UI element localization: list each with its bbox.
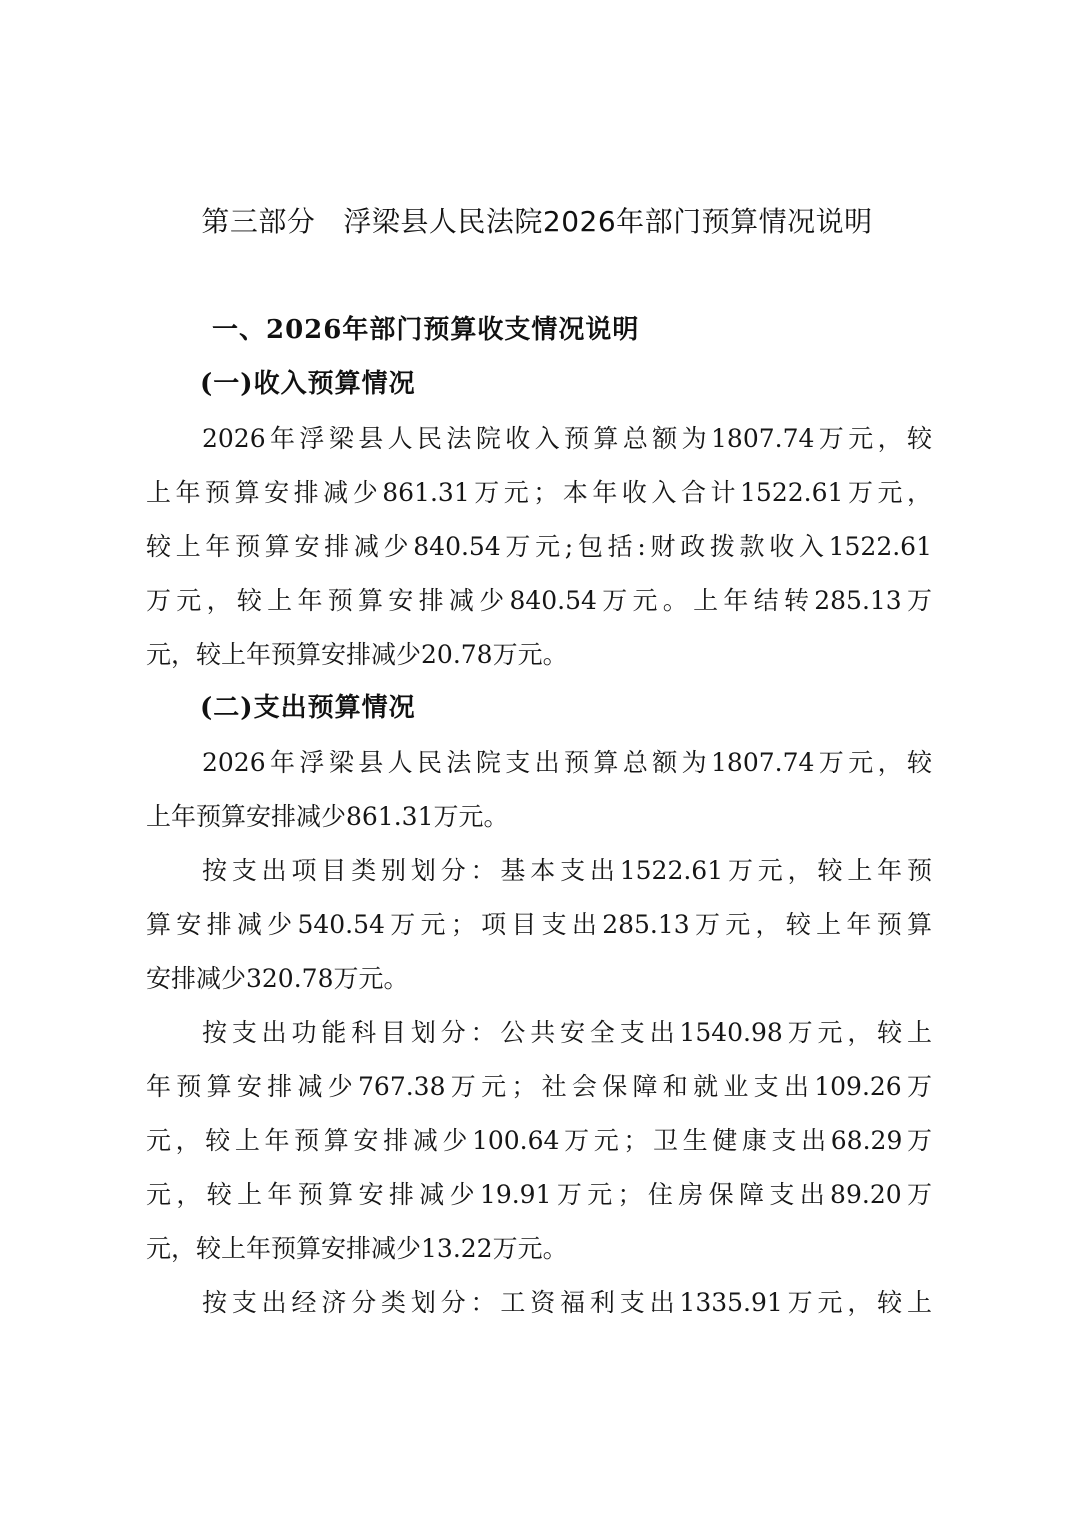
expenditure-by-function-line: 元，较上年预算安排减少19.91万元；住房保障支出89.20万 [146, 1175, 932, 1215]
subsection-heading-income: (一)收入预算情况 [200, 362, 416, 406]
title-text: 浮梁县人民法院2026年部门预算情况说明 [343, 205, 872, 238]
income-paragraph-line: 元，较上年预算安排减少20.78万元。 [146, 635, 932, 675]
expenditure-by-project-line: 安排减少320.78万元。 [146, 959, 932, 999]
income-paragraph-line: 较上年预算安排减少840.54万元;包括:财政拨款收入1522.61 [146, 527, 932, 567]
page-title: 第三部分浮梁县人民法院2026年部门预算情况说明 [0, 200, 1074, 244]
expenditure-by-function-line: 元，较上年预算安排减少13.22万元。 [146, 1229, 932, 1269]
expenditure-total-line: 上年预算安排减少861.31万元。 [146, 797, 932, 837]
title-part-label: 第三部分 [201, 205, 315, 238]
document-page: 第三部分浮梁县人民法院2026年部门预算情况说明 一、2026年部门预算收支情况… [0, 0, 1074, 1520]
expenditure-by-function-line: 元，较上年预算安排减少100.64万元；卫生健康支出68.29万 [146, 1121, 932, 1161]
expenditure-by-project-line: 算安排减少540.54万元；项目支出285.13万元，较上年预算 [146, 905, 932, 945]
expenditure-by-function-line: 年预算安排减少767.38万元；社会保障和就业支出109.26万 [146, 1067, 932, 1107]
subsection-heading-expenditure: (二)支出预算情况 [200, 686, 416, 730]
expenditure-by-project-line: 按支出项目类别划分：基本支出1522.61万元，较上年预 [202, 851, 932, 891]
income-paragraph-line: 2026年浮梁县人民法院收入预算总额为1807.74万元，较 [202, 419, 932, 459]
expenditure-by-economic-line: 按支出经济分类划分：工资福利支出1335.91万元，较上 [202, 1283, 932, 1323]
expenditure-by-function-line: 按支出功能科目划分：公共安全支出1540.98万元，较上 [202, 1013, 932, 1053]
income-paragraph-line: 上年预算安排减少861.31万元；本年收入合计1522.61万元， [146, 473, 932, 513]
income-paragraph-line: 万元，较上年预算安排减少840.54万元。上年结转285.13万 [146, 581, 932, 621]
section-heading-1: 一、2026年部门预算收支情况说明 [212, 308, 639, 352]
expenditure-total-line: 2026年浮梁县人民法院支出预算总额为1807.74万元，较 [202, 743, 932, 783]
